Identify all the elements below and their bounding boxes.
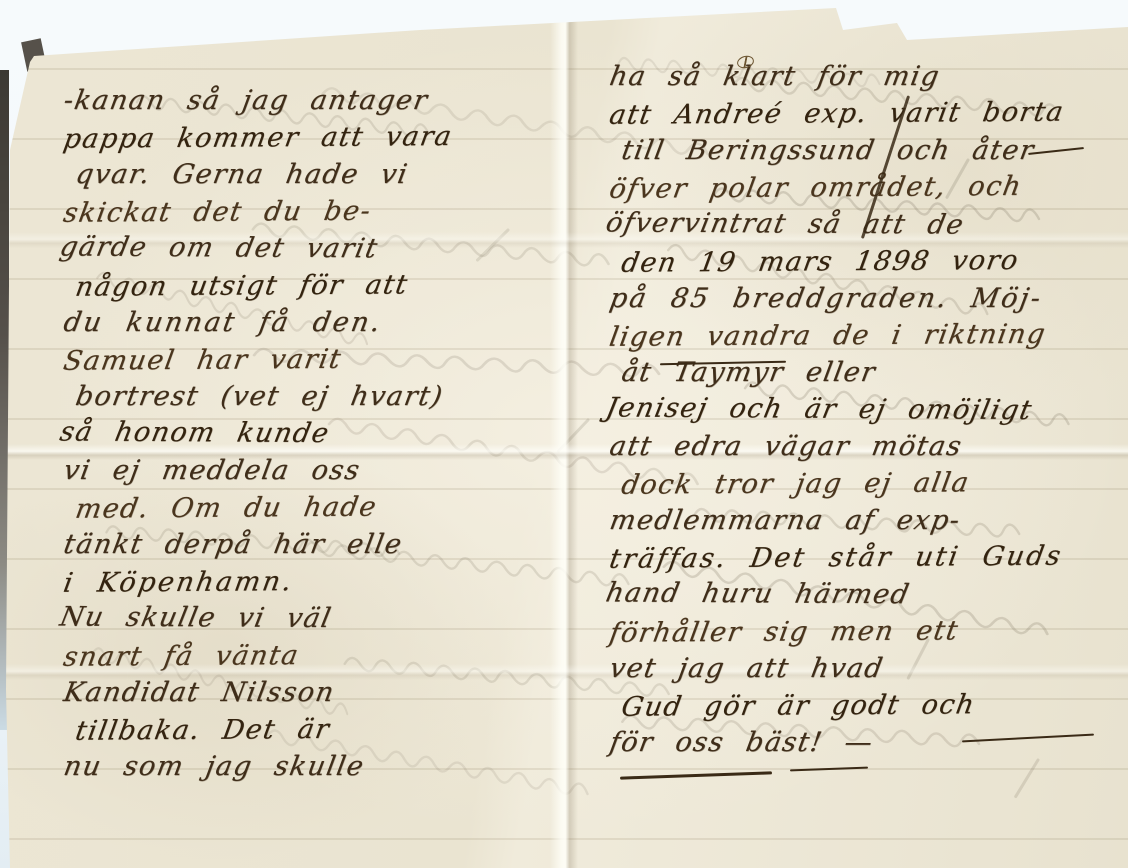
handwritten-line: Samuel har varit [61,339,573,380]
handwritten-line: -kanan så jag antager [61,82,573,119]
handwritten-line: medlemmarna af exp- [607,502,1128,539]
handwritten-line: hand huru härmed [603,574,1128,614]
handwritten-line: med. Om du hade [73,487,573,527]
handwritten-line: förhåller sig men ett [607,611,1128,652]
handwritten-line: att Andreé exp. varit borta [607,93,1128,134]
handwritten-line: nu som jag skulle [61,748,573,785]
handwritten-line: qvar. Gerna hade vi [73,156,573,193]
handwritten-line: på 85 breddgraden. Möj- [607,280,1128,317]
handwritten-line: den 19 mars 1898 voro [619,241,1128,282]
handwritten-line: Gud gör är godt och [619,685,1128,726]
handwritten-line: ligen vandra de i riktning [607,315,1128,356]
letter-page-left: -kanan så jag antagerpappa kommer att va… [64,82,569,785]
handwritten-line: åt Taymyr eller [619,354,1128,391]
handwritten-line: att edra vägar mötas [607,428,1128,465]
handwritten-line: någon utsigt för att [73,265,573,305]
handwritten-line: träffas. Det står uti Guds [607,537,1128,578]
handwritten-line: tänkt derpå här elle [61,526,573,563]
handwritten-line: vi ej meddela oss [61,452,573,489]
handwritten-line: skickat det du be- [61,191,573,232]
handwritten-line: öfver polar området, och [607,167,1128,208]
handwritten-line: så honom kunde [57,413,573,453]
handwritten-line: du kunnat få den. [61,304,573,341]
handwritten-line: snart få vänta [61,635,573,676]
handwritten-line: i Köpenhamn. [61,561,573,602]
handwritten-line: Jenisej och är ej omöjligt [603,389,1128,429]
handwritten-line: Nu skulle vi väl [57,598,573,638]
handwritten-line: dock tror jag ej alla [619,463,1128,504]
handwritten-line: för oss bäst! — [607,724,1128,761]
handwritten-line: vet jag att hvad [607,650,1128,687]
letter-page-right: ha så klart för migatt Andreé exp. varit… [610,58,1125,761]
handwritten-line: tillbaka. Det är [73,709,573,749]
handwritten-line: ha så klart för mig [607,58,1128,95]
letter-sheet: -kanan så jag antagerpappa kommer att va… [0,0,1128,868]
handwritten-line: Kandidat Nilsson [61,674,573,711]
handwritten-line: gärde om det varit [57,228,573,268]
scanned-letter-image: -kanan så jag antagerpappa kommer att va… [0,0,1128,868]
handwritten-line: pappa kommer att vara [61,117,573,158]
handwritten-line: bortrest (vet ej hvart) [73,378,573,415]
